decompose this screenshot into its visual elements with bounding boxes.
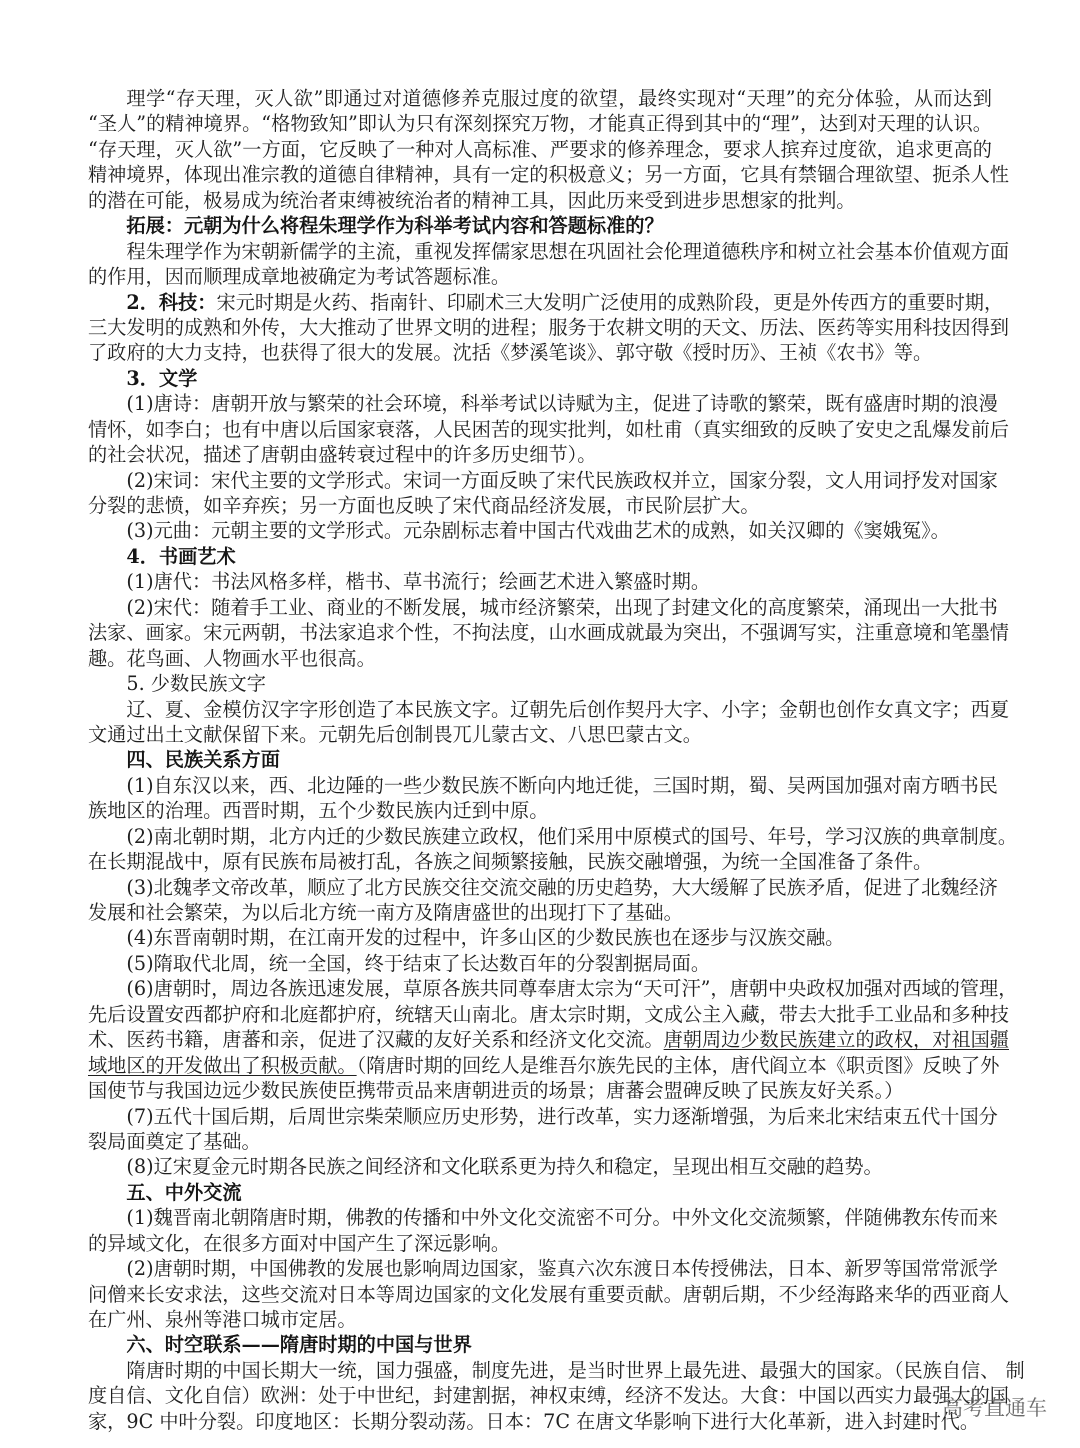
text-line: 家，9C 中叶分裂。印度地区：长期分裂动荡。日本：7C 在唐文华影响下进行大化革…	[88, 1409, 992, 1434]
text-line: (3)元曲：元朝主要的文学形式。元杂剧标志着中国古代戏曲艺术的成熟，如关汉卿的《…	[88, 518, 992, 543]
text-line: 了政府的大力支持，也获得了很大的发展。沈括《梦溪笔谈》、郭守敬《授时历》、王祯《…	[88, 340, 992, 365]
section-label: 2．科技：	[126, 291, 216, 314]
art-section: 4．书画艺术 (1)唐代：书法风格多样，楷书、草书流行；绘画艺术进入繁盛时期。 …	[88, 544, 992, 671]
document-page: 理学“存天理，灭人欲”即通过对道德修养克服过度的欲望，最终实现对“天理”的充分体…	[88, 86, 992, 1434]
text-line: 度自信、文化自信）欧洲：处于中世纪，封建割据，神权束缚，经济不发达。大食：中国以…	[88, 1383, 992, 1408]
foreign-item-1: (1)魏晋南北朝隋唐时期，佛教的传播和中外文化交流密不可分。中外文化交流频繁，伴…	[88, 1205, 992, 1256]
ethnic-item-3: (3)北魏孝文帝改革，顺应了北方民族交往交流交融的历史趋势，大大缓解了民族矛盾，…	[88, 875, 992, 926]
underlined-text: 唐朝周边少数民族建立的政权，对祖国疆	[664, 1028, 1009, 1051]
text-line: 趣。花鸟画、人物画水平也很高。	[88, 646, 992, 671]
text-line: 的异域文化，在很多方面对中国产生了深远影响。	[88, 1231, 992, 1256]
foreign-item-2: (2)唐朝时期，中国佛教的发展也影响周边国家，鉴真六次东渡日本传授佛法，日本、新…	[88, 1256, 992, 1332]
text-line: (2)宋词：宋代主要的文学形式。宋词一方面反映了宋代民族政权并立，国家分裂，文人…	[88, 468, 992, 493]
text-line: (1)唐代：书法风格多样，楷书、草书流行；绘画艺术进入繁盛时期。	[88, 569, 992, 594]
lixue-paragraph: 理学“存天理，灭人欲”即通过对道德修养克服过度的欲望，最终实现对“天理”的充分体…	[88, 86, 992, 213]
ethnic-item-1: (1)自东汉以来，西、北边陲的一些少数民族不断向内地迁徙，三国时期，蜀、吴两国加…	[88, 773, 992, 824]
text-line: 理学“存天理，灭人欲”即通过对道德修养克服过度的欲望，最终实现对“天理”的充分体…	[88, 86, 992, 111]
foreign-exchange-section: 五、中外交流 (1)魏晋南北朝隋唐时期，佛教的传播和中外文化交流密不可分。中外文…	[88, 1180, 992, 1333]
ethnic-item-7: (7)五代十国后期，后周世宗柴荣顺应历史形势，进行改革，实力逐渐增强，为后来北宋…	[88, 1104, 992, 1155]
literature-item-tang-poetry: (1)唐诗：唐朝开放与繁荣的社会环境，科举考试以诗赋为主，促进了诗歌的繁荣，既有…	[88, 391, 992, 467]
text-line: 隋唐时期的中国长期大一统，国力强盛，制度先进，是当时世界上最先进、最强大的国家。…	[88, 1358, 992, 1383]
literature-item-song-ci: (2)宋词：宋代主要的文学形式。宋词一方面反映了宋代民族政权并立，国家分裂，文人…	[88, 468, 992, 519]
ethnic-relations-section: 四、民族关系方面 (1)自东汉以来，西、北边陲的一些少数民族不断向内地迁徙，三国…	[88, 747, 992, 1179]
spacetime-section: 六、时空联系——隋唐时期的中国与世界 隋唐时期的中国长期大一统，国力强盛，制度先…	[88, 1332, 992, 1434]
text-line: (2)唐朝时期，中国佛教的发展也影响周边国家，鉴真六次东渡日本传授佛法，日本、新…	[88, 1256, 992, 1281]
underlined-text: 域地区的开发做出了积极贡献。	[88, 1054, 357, 1077]
text-line: (4)东晋南朝时期，在江南开发的过程中，许多山区的少数民族也在逐步与汉族交融。	[88, 925, 992, 950]
text-line: 问僧来长安求法，这些交流对日本等周边国家的文化发展有重要贡献。唐朝后期，不少经海…	[88, 1282, 992, 1307]
text-segment: 术、医药书籍，唐蕃和亲，促进了汉藏的友好关系和经济文化交流。	[88, 1028, 664, 1051]
text-line: 先后设置安西都护府和北庭都护府，统辖天山南北。唐太宗时期，文成公主入藏，带去大批…	[88, 1002, 992, 1027]
text-line: 国使节与我国边远少数民族使臣携带贡品来唐朝进贡的场景；唐蕃会盟碑反映了民族友好关…	[88, 1078, 992, 1103]
text-line: 辽、夏、金模仿汉字字形创造了本民族文字。辽朝先后创作契丹大字、小字；金朝也创作女…	[88, 697, 992, 722]
text-line: (8)辽宋夏金元时期各民族之间经济和文化联系更为持久和稳定，呈现出相互交融的趋势…	[88, 1154, 992, 1179]
text-line: (2)南北朝时期，北方内迁的少数民族建立政权，他们采用中原模式的国号、年号，学习…	[88, 824, 992, 849]
text-line: 域地区的开发做出了积极贡献。（隋唐时期的回纥人是维吾尔族先民的主体，唐代阎立本《…	[88, 1053, 992, 1078]
text-line: 程朱理学作为宋朝新儒学的主流，重视发挥儒家思想在巩固社会伦理道德秩序和树立社会基…	[88, 239, 992, 264]
art-item-song: (2)宋代：随着手工业、商业的不断发展，城市经济繁荣，出现了封建文化的高度繁荣，…	[88, 595, 992, 671]
text-line: “存天理，灭人欲”一方面，它反映了一种对人高标准、严要求的修养理念，要求人摈弃过…	[88, 137, 992, 162]
ethnic-item-4: (4)东晋南朝时期，在江南开发的过程中，许多山区的少数民族也在逐步与汉族交融。	[88, 925, 992, 950]
text-line: 的潜在可能，极易成为统治者束缚被统治者的精神工具，因此历来受到进步思想家的批判。	[88, 188, 992, 213]
text-line: “圣人”的精神境界。“格物致知”即认为只有深刻探究万物，才能真正得到其中的“理”…	[88, 111, 992, 136]
extension-question: 拓展：元朝为什么将程朱理学作为科举考试内容和答题标准的？	[88, 213, 992, 238]
text-segment: 宋元时期是火药、指南针、印刷术三大发明广泛使用的成熟阶段，更是外传西方的重要时期…	[217, 291, 1004, 314]
section-heading: 五、中外交流	[88, 1180, 992, 1205]
text-line: 在长期混战中，原有民族布局被打乱，各族之间频繁接触，民族交融增强，为统一全国准备…	[88, 849, 992, 874]
text-line: 法家、画家。宋元两朝，书法家追求个性，不拘法度，山水画成就最为突出，不强调写实，…	[88, 620, 992, 645]
text-line: 的作用，因而顺理成章地被确定为考试答题标准。	[88, 264, 992, 289]
text-line: 发展和社会繁荣，为以后北方统一南方及隋唐盛世的出现打下了基础。	[88, 900, 992, 925]
text-line: 族地区的治理。西晋时期，五个少数民族内迁到中原。	[88, 798, 992, 823]
section-heading: 3．文学	[88, 366, 992, 391]
ethnic-item-2: (2)南北朝时期，北方内迁的少数民族建立政权，他们采用中原模式的国号、年号，学习…	[88, 824, 992, 875]
minority-scripts-section: 5. 少数民族文字 辽、夏、金模仿汉字字形创造了本民族文字。辽朝先后创作契丹大字…	[88, 671, 992, 747]
text-segment: （隋唐时期的回纥人是维吾尔族先民的主体，唐代阎立本《职贡图》反映了外	[357, 1054, 1000, 1077]
section-heading: 4．书画艺术	[88, 544, 992, 569]
section-heading: 5. 少数民族文字	[88, 671, 992, 696]
text-line: (5)隋取代北周，统一全国，终于结束了长达数百年的分裂割据局面。	[88, 951, 992, 976]
text-line: 精神境界，体现出准宗教的道德自律精神，具有一定的积极意义；另一方面，它具有禁锢合…	[88, 162, 992, 187]
text-line: (2)宋代：随着手工业、商业的不断发展，城市经济繁荣，出现了封建文化的高度繁荣，…	[88, 595, 992, 620]
text-line: 2．科技：宋元时期是火药、指南针、印刷术三大发明广泛使用的成熟阶段，更是外传西方…	[88, 290, 992, 315]
text-line: 三大发明的成熟和外传，大大推动了世界文明的进程；服务于农耕文明的天文、历法、医药…	[88, 315, 992, 340]
text-line: 分裂的悲愤，如辛弃疾；另一方面也反映了宋代商品经济发展，市民阶层扩大。	[88, 493, 992, 518]
section-heading: 六、时空联系——隋唐时期的中国与世界	[88, 1332, 992, 1357]
text-line: 情怀，如李白；也有中唐以后国家衰落，人民困苦的现实批判，如杜甫（真实细致的反映了…	[88, 417, 992, 442]
text-line: (1)魏晋南北朝隋唐时期，佛教的传播和中外文化交流密不可分。中外文化交流频繁，伴…	[88, 1205, 992, 1230]
text-line: (1)唐诗：唐朝开放与繁荣的社会环境，科举考试以诗赋为主，促进了诗歌的繁荣，既有…	[88, 391, 992, 416]
technology-section: 2．科技：宋元时期是火药、指南针、印刷术三大发明广泛使用的成熟阶段，更是外传西方…	[88, 290, 992, 366]
literature-item-yuan-qu: (3)元曲：元朝主要的文学形式。元杂剧标志着中国古代戏曲艺术的成熟，如关汉卿的《…	[88, 518, 992, 543]
text-line: (1)自东汉以来，西、北边陲的一些少数民族不断向内地迁徙，三国时期，蜀、吴两国加…	[88, 773, 992, 798]
watermark: 高考直通车	[942, 1396, 1047, 1420]
ethnic-item-8: (8)辽宋夏金元时期各民族之间经济和文化联系更为持久和稳定，呈现出相互交融的趋势…	[88, 1154, 992, 1179]
extension-section: 拓展：元朝为什么将程朱理学作为科举考试内容和答题标准的？ 程朱理学作为宋朝新儒学…	[88, 213, 992, 289]
text-line: (7)五代十国后期，后周世宗柴荣顺应历史形势，进行改革，实力逐渐增强，为后来北宋…	[88, 1104, 992, 1129]
text-line: 裂局面奠定了基础。	[88, 1129, 992, 1154]
text-line: 的社会状况，描述了唐朝由盛转衰过程中的许多历史细节）。	[88, 442, 992, 467]
text-line: 在广州、泉州等港口城市定居。	[88, 1307, 992, 1332]
text-line: (3)北魏孝文帝改革，顺应了北方民族交往交流交融的历史趋势，大大缓解了民族矛盾，…	[88, 875, 992, 900]
text-line: 文通过出土文献保留下来。元朝先后创制畏兀儿蒙古文、八思巴蒙古文。	[88, 722, 992, 747]
text-line: 术、医药书籍，唐蕃和亲，促进了汉藏的友好关系和经济文化交流。唐朝周边少数民族建立…	[88, 1027, 992, 1052]
ethnic-item-6: (6)唐朝时，周边各族迅速发展，草原各族共同尊奉唐太宗为“天可汗”，唐朝中央政权…	[88, 976, 992, 1103]
section-heading: 四、民族关系方面	[88, 747, 992, 772]
ethnic-item-5: (5)隋取代北周，统一全国，终于结束了长达数百年的分裂割据局面。	[88, 951, 992, 976]
literature-section: 3．文学 (1)唐诗：唐朝开放与繁荣的社会环境，科举考试以诗赋为主，促进了诗歌的…	[88, 366, 992, 544]
text-line: (6)唐朝时，周边各族迅速发展，草原各族共同尊奉唐太宗为“天可汗”，唐朝中央政权…	[88, 976, 992, 1001]
art-item-tang: (1)唐代：书法风格多样，楷书、草书流行；绘画艺术进入繁盛时期。	[88, 569, 992, 594]
